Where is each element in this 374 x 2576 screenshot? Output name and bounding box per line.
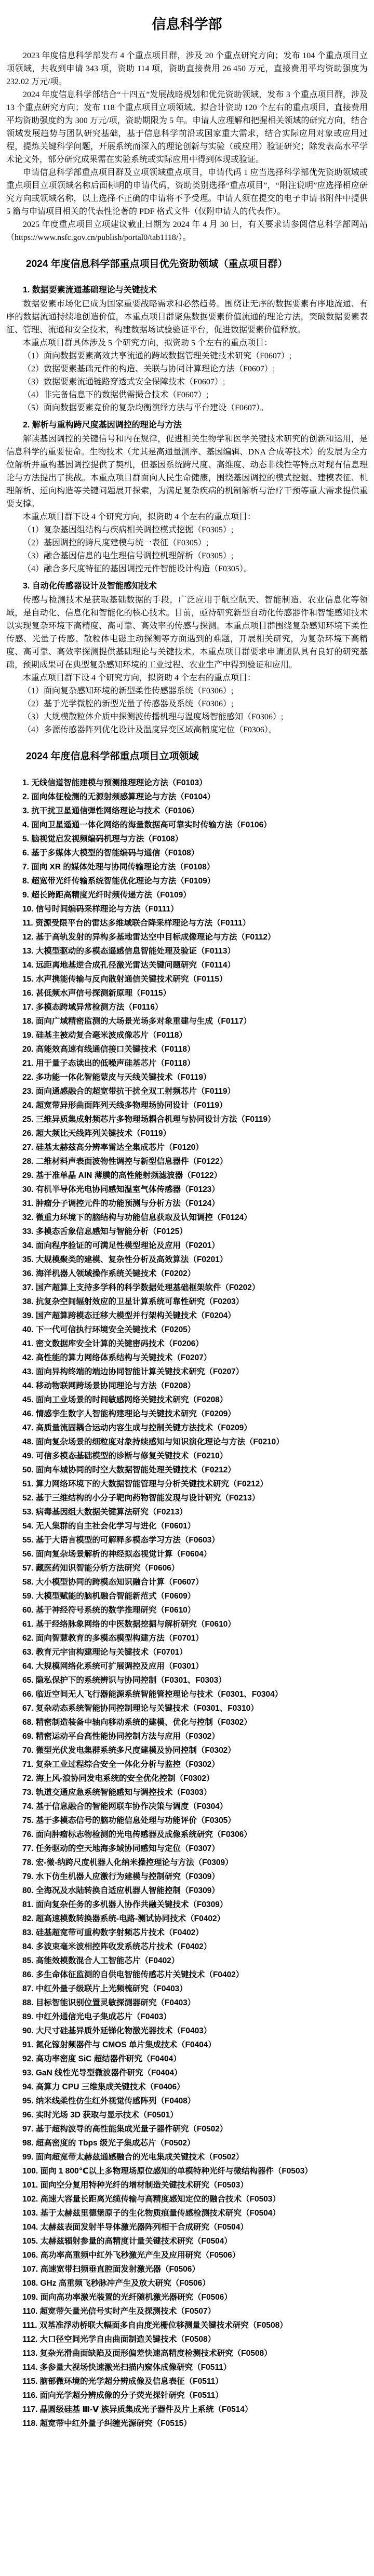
area-item: 58. 大小模型协同的跨模态知识融合计算（F0607） <box>6 1575 368 1589</box>
area-item: 57. 藏医药知识智能分析方法研究（F0606） <box>6 1561 368 1575</box>
areas-section-heading: 2024 年度信息科学部重点项目立项领域 <box>6 750 368 763</box>
area-item: 13. 大模型驱动的多模态遥感信息智能处理及验证（F0113） <box>6 944 368 958</box>
group-paragraph: 本重点项目群具体涉及 5 个研究方向，拟资助 5 个左右的重点项目： <box>6 337 368 350</box>
direction-item: （4）多源传感器阵列优化设计及温度异变区域高精度定位（F0306）。 <box>6 723 368 736</box>
area-item: 33. 多模态舌象信息感知与智能分析（F0125） <box>6 1225 368 1239</box>
area-item: 96. 实时光场 3D 获取与显示技术（F0501） <box>6 2108 368 2122</box>
area-item: 31. 肿瘤分子调控元件的功能预测与分析方法（F0124） <box>6 1197 368 1211</box>
area-item: 79. 水下仿生机器人应激行为建模与控制研究（F0309） <box>6 1870 368 1884</box>
area-item: 84. 多波束毫米波相控阵收发系统芯片技术（F0402） <box>6 1940 368 1954</box>
area-item: 103. 基于太赫兹里德堡原子的生化物质痕量传感检测技术研究（F0504） <box>6 2206 368 2220</box>
area-item: 37. 国产超算上支持多学科的科学数据处理基础框架软件（F0202） <box>6 1281 368 1295</box>
area-item: 44. 移动物联网跨场景协同理论与方法（F0208） <box>6 1379 368 1393</box>
group-paragraph: 本重点项目群下设 4 个研究方向，拟资助 4 个左右的重点项目： <box>6 672 368 685</box>
area-item: 97. 基于超构波导的高性能集成光量子器件研究（F0502） <box>6 2122 368 2136</box>
area-item: 83. 硅基超宽带可重构数字射频芯片技术（F0402） <box>6 1926 368 1940</box>
group-title: 2. 解析与重构跨尺度基因调控的理论与方法 <box>6 419 368 432</box>
area-item: 59. 大模型赋能的脑机融合智能新范式（F0609） <box>6 1589 368 1603</box>
area-item: 23. 面向通感融合的超宽带抗干扰全双工射频芯片（F0119） <box>6 1084 368 1098</box>
intro-paragraph: 2025 年度重点项目立项建议截止日期为 2024 年 4 月 30 日，有关要… <box>6 218 368 244</box>
area-item: 87. 中红外量子级联片上光频梳研究（F0403） <box>6 1982 368 1996</box>
area-item: 62. 面向智慧教育的多模态模型构建方法（F0701） <box>6 1631 368 1645</box>
area-item: 30. 有机半导体光电协同感知温室气体传感器（F0123） <box>6 1183 368 1197</box>
area-item: 74. 基于信息融合的智能网联车协作决策与调度（F0304） <box>6 1800 368 1814</box>
area-item: 7. 面向 XR 的媒体处理与协同传输理论方法（F0108） <box>6 860 368 874</box>
area-item: 51. 算力网络环境下的大数据智能管理与分析关键技术研究（F0212） <box>6 1477 368 1491</box>
area-item: 65. 隐私保护下的系统辨识与协同控制（F0301、F0303） <box>6 1673 368 1687</box>
direction-item: （2）基因调控的跨尺度建模与统一表征（F0305）; <box>6 536 368 549</box>
area-item: 108. GHz 高重频飞秒脉冲产生及放大研究（F0506） <box>6 2276 368 2290</box>
group-directions: （1）复杂基因组结构与疾病相关调控模式挖掘（F0305）;（2）基因调控的跨尺度… <box>6 524 368 575</box>
area-item: 54. 无人集群的自主社会化学习与进化（F0601） <box>6 1519 368 1533</box>
area-item: 98. 超高密度的 Tbps 级光子集成芯片（F0502） <box>6 2136 368 2150</box>
area-item: 101. 面向空分复用特种光纤的增材制造关键技术研究（F0503） <box>6 2178 368 2192</box>
direction-item: （3）大规模散粒体介质中探测波传播机理与温度场智能感知（F0306）; <box>6 710 368 723</box>
area-item: 56. 面向复杂场景解析的神经拟态视觉计算（F0604） <box>6 1547 368 1561</box>
area-item: 61. 基于经络脉象网络的中医数据挖掘与解析研究（F0610） <box>6 1617 368 1631</box>
area-item: 88. 目标智能识别位置灵敏探测器研究（F0403） <box>6 1996 368 2010</box>
area-item: 8. 超宽带光纤传输系统智能优化理论与方法（F0109） <box>6 874 368 888</box>
area-item: 64. 大规模网络化系统可扩展调控及应用（F0301） <box>6 1659 368 1673</box>
area-item: 69. 精密运动平台高性能协同控制方法与应用（F0302） <box>6 1729 368 1743</box>
area-item: 78. 宏-微-纳跨尺度机器人化纳米操控理论与方法（F0309） <box>6 1856 368 1870</box>
area-item: 46. 情感孪生数字人智能构建理论与关键技术研究（F0209） <box>6 1407 368 1421</box>
area-list: 1. 无线信道智能建模与预测推理理论方法（F0103）2. 面向体征检测的无源射… <box>6 776 368 2431</box>
area-item: 82. 超高速模数转换器系统-电路-测试协同技术（F0402） <box>6 1912 368 1926</box>
area-item: 41. 密文数据库安全计算的关键密码技术（F0206） <box>6 1337 368 1351</box>
area-item: 67. 复杂动态系统智能协同控制理论与关键技术（F0301、F0310） <box>6 1701 368 1715</box>
direction-item: （4）融合多尺度特征的基因调控元件智能设计构造（F0305）。 <box>6 562 368 575</box>
direction-item: （2）数据要素基础元件的构造、关联与协同计算理论方法（F0607）; <box>6 363 368 375</box>
area-item: 112. 大口径空间光学自由曲面制造关键技术（F0508） <box>6 2332 368 2346</box>
area-item: 17. 多模态跨域异常检测方法（F0116） <box>6 1000 368 1014</box>
area-item: 52. 基于三维结构的小分子靶向药物智能发现与设计研究（F0213） <box>6 1491 368 1505</box>
area-item: 47. 高质量流固耦合运动内容生成与控制关键方法技术（F0209） <box>6 1421 368 1435</box>
area-item: 42. 高性能的算力网络体系结构与关键技术（F0207） <box>6 1351 368 1365</box>
area-item: 12. 基于高轨发射的异构多基地雷达空中目标成像理论与方法（F0112） <box>6 930 368 944</box>
area-item: 14. 远距离地基逆合成孔径激光雷达关键问题研究（F0114） <box>6 958 368 972</box>
area-item: 36. 海洋机器人领域操作系统关键技术（F0202） <box>6 1267 368 1281</box>
direction-item: （3）数据要素流通链路穿透式安全保障技术（F0607）; <box>6 375 368 388</box>
area-item: 99. 面向超宽带太赫兹通感融合的光电集成关键技术（F0502） <box>6 2150 368 2164</box>
area-item: 106. 高功率高重频中红外飞秒激光产生及应用研究（F0506） <box>6 2248 368 2262</box>
area-item: 63. 教育元宇宙构建理论与关键技术（F0701） <box>6 1645 368 1659</box>
area-item: 117. 晶圆级硅基 Ⅲ-Ⅴ 族异质集成光子器件及片上系统（F0514） <box>6 2403 368 2417</box>
area-item: 45. 面向工业场景的时间敏感网络关键技术研究（F0208） <box>6 1393 368 1407</box>
area-item: 86. 多生命体征监测的自供电智能传感芯片关键技术（F0402） <box>6 1968 368 1982</box>
area-item: 90. 大尺寸硅基异质外延锑化物激光器技术（F0403） <box>6 2024 368 2038</box>
area-item: 48. 面向复杂场景的细粒度对象持续感知与知识演化理论与方法（F0210） <box>6 1435 368 1449</box>
area-item: 80. 全海况及水陆转换自适应机器人智能控制（F0309） <box>6 1884 368 1898</box>
direction-item: （4）非完备信息下的数据供需撮合技术（F0607）; <box>6 388 368 401</box>
group-paragraph: 本重点项目群下设 4 个研究方向，拟资助 4 个左右的重点项目： <box>6 511 368 524</box>
area-item: 22. 多功能一体化智能蒙皮与天线关键技术（F0119） <box>6 1070 368 1084</box>
area-item: 91. 氮化镓射频器件与 CMOS 单片集成技术（F0404） <box>6 2038 368 2052</box>
group-directions: （1）面向复杂感知环境的新型柔性传感器系统（F0306）;（2）基于光学微腔的新… <box>6 685 368 736</box>
area-item: 2. 面向体征检测的无源射频感算理论与方法（F0104） <box>6 790 368 804</box>
area-item: 35. 大规模聚类的建模、复杂性分析及高效算法（F0201） <box>6 1253 368 1267</box>
area-item: 95. 纳米线柔性仿生红外视觉传感阵列（F0408） <box>6 2094 368 2108</box>
area-item: 11. 资源受限平台的雷达多维域联合降采样理论与方法（F0111） <box>6 916 368 930</box>
area-item: 75. 基于多模态信号的脑功能信息处理与功能评价（F0305） <box>6 1814 368 1828</box>
group-paragraphs: 传感与检测技术是获取基础数据的手段，广泛应用于航空航天、智能制造、农业信息化等领… <box>6 594 368 685</box>
area-item: 4. 面向卫星遥通一体化网络的海量数据高可靠实时传输方法（F0106） <box>6 818 368 832</box>
intro-paragraphs: 2023 年度信息科学部发布 4 个重点项目群，涉及 20 个重点研究方向；发布… <box>6 49 368 244</box>
area-item: 85. 高能效模数混合人工智能芯片（F0402） <box>6 1954 368 1968</box>
area-item: 110. 超宽带矢量光信号实时产生及探测技术（F0507） <box>6 2304 368 2318</box>
intro-paragraph: 2023 年度信息科学部发布 4 个重点项目群，涉及 20 个重点研究方向；发布… <box>6 49 368 88</box>
area-item: 38. 抗复杂空间辐射效应的卫星计算系统可靠性研究（F0203） <box>6 1295 368 1309</box>
group-title: 1. 数据要素流通基础理论与关键技术 <box>6 284 368 297</box>
area-item: 72. 海上风-浪协同发电系统的安全优化控制（F0302） <box>6 1772 368 1786</box>
area-item: 50. 面向车城协同的时空大数据智能处理关键技术（F0212） <box>6 1463 368 1477</box>
group-paragraph: 传感与检测技术是获取基础数据的手段，广泛应用于航空航天、智能制造、农业信息化等领… <box>6 594 368 672</box>
intro-paragraph: 2024 年度信息科学部结合“十四五”发展战略规划和优先资助领域，发布 3 个重… <box>6 88 368 166</box>
area-item: 102. 高速大容量长距离光缆传输与高精度感知定位的融合技术（F0503） <box>6 2192 368 2206</box>
area-item: 39. 国产超算跨模态迁移大模型并行架构关键技术（F0204） <box>6 1309 368 1323</box>
area-item: 43. 面向异构终端的端边协同智能计算关键技术研究（F0207） <box>6 1365 368 1379</box>
area-item: 34. 面向程序验证的可满足性模型理论及应用（F0201） <box>6 1239 368 1253</box>
area-item: 118. 超宽带中红外量子纠缠光源研究（F0515） <box>6 2417 368 2431</box>
area-item: 113. 复杂光滑曲面缺陷及面形偏差快速高精度检测技术研究（F0508） <box>6 2346 368 2360</box>
area-item: 107. 高速宽带扫频垂直腔面发射激光器（F0506） <box>6 2262 368 2276</box>
direction-item: （5）面向数据要素竞价的复杂均衡演绎方法与平台建设（F0607）。 <box>6 401 368 414</box>
group-title: 3. 自动化传感器设计及智能感知技术 <box>6 580 368 593</box>
area-item: 92. 高功率密度 SiC 超结器件研究（F0404） <box>6 2052 368 2066</box>
area-item: 100. 面向 1 800℃以上多物理场原位感知的单模特种光纤与微结构器件（F0… <box>6 2164 368 2178</box>
direction-item: （2）基于光学微腔的新型光量子传感器及系统（F0306）; <box>6 697 368 710</box>
area-item: 53. 病毒基因组大数据关键算法研究（F0213） <box>6 1505 368 1519</box>
area-item: 10. 信号时间编码采样理论与方法（F0111） <box>6 902 368 916</box>
area-item: 32. 微重力环境下的脑结构与功能信息获取及认知调控（F0124） <box>6 1211 368 1225</box>
area-item: 20. 高能效高速有线通信接口关键技术（F0118） <box>6 1042 368 1056</box>
direction-item: （1）复杂基因组结构与疾病相关调控模式挖掘（F0305）; <box>6 524 368 536</box>
area-item: 111. 双基准浮动桥联大幅面多自由度光栅位移测量关键技术研究（F0508） <box>6 2318 368 2332</box>
area-item: 24. 超宽带异形曲面阵列天线多物理场协同设计（F0119） <box>6 1098 368 1112</box>
area-item: 16. 甚低频水声信号探测新原理（F0115） <box>6 986 368 1000</box>
area-item: 66. 临近空间无人飞行器能源系统智能管控理论与技术（F0301、F0304） <box>6 1687 368 1701</box>
area-item: 114. 多参量大视场快速激光扫描内窥体成像研究（F0511） <box>6 2360 368 2374</box>
direction-item: （1）面向复杂感知环境的新型柔性传感器系统（F0306）; <box>6 685 368 697</box>
area-item: 26. 超大频比天线阵列关键技术（F0119） <box>6 1126 368 1141</box>
area-item: 104. 太赫兹表面发射半导体激光器阵列相干合成研究（F0504） <box>6 2220 368 2234</box>
area-item: 27. 硅基太赫兹高分辨率雷达全集成芯片（F0120） <box>6 1141 368 1155</box>
area-item: 15. 水声携能传输与反向散射通信关键技术研究（F0115） <box>6 972 368 986</box>
area-item: 93. GaN 线性光导型微波器件研究（F0404） <box>6 2066 368 2080</box>
area-item: 116. 面向光学超分辨成像的分子荧光探针研究（F0511） <box>6 2389 368 2403</box>
project-group-3: 3. 自动化传感器设计及智能感知技术 传感与检测技术是获取基础数据的手段，广泛应… <box>6 580 368 736</box>
area-item: 73. 轨道交通应急系统智能感知与调控技术（F0303） <box>6 1786 368 1800</box>
area-item: 1. 无线信道智能建模与预测推理理论方法（F0103） <box>6 776 368 790</box>
direction-item: （1）面向数据要素高效共享流通的跨域数据管理关键技术研究（F0607）; <box>6 350 368 363</box>
area-item: 70. 微型光伏发电集群系统多尺度建模及协同控制（F0302） <box>6 1743 368 1757</box>
area-item: 5. 脑视觉启发视频编码机理与方法（F0108） <box>6 832 368 846</box>
intro-paragraph: 申请信息科学部重点项目群及立项领域重点项目，申请代码 1 应当选择科学部优先资助… <box>6 166 368 218</box>
area-item: 29. 基于准单晶 AlN 薄膜的高性能射频滤波器（F0122） <box>6 1169 368 1183</box>
area-item: 76. 面向肿瘤标志物检测的光电传感器及成像系统研究（F0306） <box>6 1828 368 1842</box>
area-item: 18. 面向广域精密监测的大场景光场多对象重建与生成（F0117） <box>6 1014 368 1028</box>
group-paragraphs: 数据要素市场化已成为国家重要战略需求和必然趋势。围绕让无序的数据要素有序地流通、… <box>6 298 368 350</box>
group-directions: （1）面向数据要素高效共享流通的跨域数据管理关键技术研究（F0607）;（2）数… <box>6 350 368 414</box>
area-item: 25. 三维异质集成射频芯片多物理场耦合机理与协同设计方法（F0119） <box>6 1112 368 1126</box>
area-item: 105. 太赫兹辐射参量的高精度计量关键技术研究（F0504） <box>6 2234 368 2248</box>
area-item: 19. 硅基主被动复合毫米波成像芯片（F0118） <box>6 1028 368 1042</box>
group-paragraphs: 解读基因调控的关键信号和内在规律，促进相关生物学和医学关键技术研究的创新和运用，… <box>6 433 368 524</box>
project-group-2: 2. 解析与重构跨尺度基因调控的理论与方法 解读基因调控的关键信号和内在规律，促… <box>6 419 368 575</box>
group-paragraph: 数据要素市场化已成为国家重要战略需求和必然趋势。围绕让无序的数据要素有序地流通、… <box>6 298 368 337</box>
area-item: 55. 基于大语言模型的可解释多模态学习方法（F0603） <box>6 1533 368 1547</box>
area-item: 9. 超长跨距高精度光纤时频传递方法（F0109） <box>6 888 368 902</box>
area-item: 28. 二维材料声表面波物性调控与新型信息器件（F0122） <box>6 1155 368 1169</box>
area-item: 71. 复杂工业过程综合安全一体化分析与监控（F0302） <box>6 1757 368 1772</box>
direction-item: （3）融合基因信息的电生理信号调控机理解析（F0305）; <box>6 549 368 562</box>
group-paragraph: 解读基因调控的关键信号和内在规律，促进相关生物学和医学关键技术研究的创新和运用，… <box>6 433 368 511</box>
priority-section-heading: 2024 年度信息科学部重点项目优先资助领域（重点项目群） <box>6 258 368 271</box>
project-group-1: 1. 数据要素流通基础理论与关键技术 数据要素市场化已成为国家重要战略需求和必然… <box>6 284 368 414</box>
page-title: 信息科学部 <box>6 16 368 34</box>
area-item: 77. 任务驱动的空天地海多域协同感知与定位（F0307） <box>6 1842 368 1856</box>
area-item: 89. 中红外通信光电子集成芯片（F0403） <box>6 2010 368 2024</box>
area-item: 109. 面向高功率激光装置的光纤随机激光器研究（F0506） <box>6 2290 368 2304</box>
document-page: 信息科学部 2023 年度信息科学部发布 4 个重点项目群，涉及 20 个重点研… <box>0 0 374 2493</box>
area-item: 21. 用于量子态读出的低噪声硅基芯片（F0118） <box>6 1056 368 1070</box>
area-item: 115. 脑部微环境的光学超分辨成像及信息表征（F0511） <box>6 2374 368 2389</box>
area-item: 94. 高算力 CPU 三维集成关键技术（F0406） <box>6 2080 368 2094</box>
area-item: 81. 面向复杂任务的多机器人协作共融关键技术（F0309） <box>6 1898 368 1912</box>
area-item: 3. 抗干扰卫星通信弹性网络理论与技术（F0106） <box>6 804 368 818</box>
area-item: 6. 基于多媒体大模型的智能编码与通信（F0108） <box>6 846 368 860</box>
area-item: 49. 可信多模态基础模型的诊断与修复关键技术（F0210） <box>6 1449 368 1463</box>
area-item: 60. 基于神经符号系统的数学推理研究（F0610） <box>6 1603 368 1617</box>
area-item: 68. 精密制造装备中轴向移动系统的建模、优化与控制（F0302） <box>6 1715 368 1729</box>
area-item: 40. 下一代可信执行环境安全关键技术（F0205） <box>6 1323 368 1337</box>
